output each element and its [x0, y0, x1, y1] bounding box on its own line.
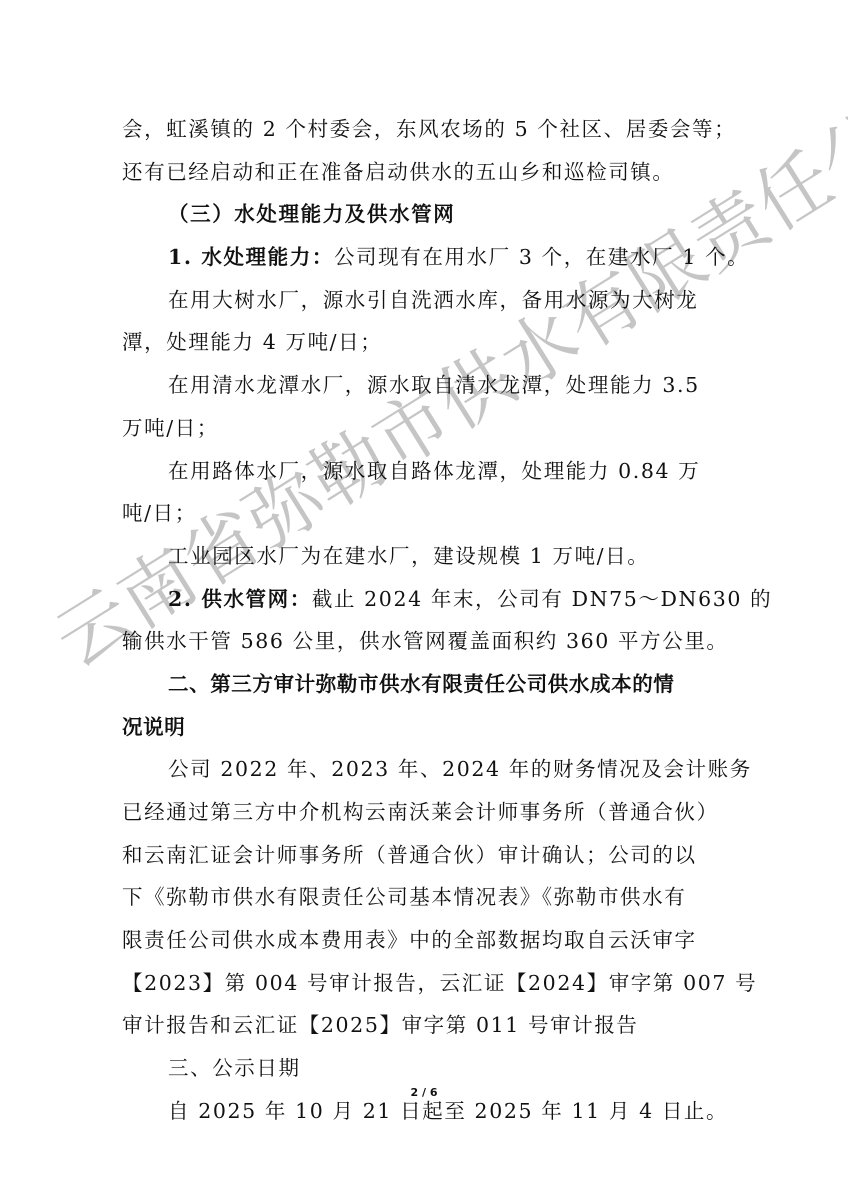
paragraph-line: 公司 2022 年、2023 年、2024 年的财务情况及会计账务: [122, 748, 728, 791]
paragraph-line: 下《弥勒市供水有限责任公司基本情况表》《弥勒市供水有: [122, 876, 728, 919]
paragraph-line: 限责任公司供水成本费用表》中的全部数据均取自云沃审字: [122, 919, 728, 962]
paragraph-line: 万吨/日；: [122, 407, 728, 450]
item-text: 截止 2024 年末，公司有 DN75～DN630 的: [312, 587, 772, 611]
paragraph-line: 吨/日；: [122, 492, 728, 535]
paragraph-line: 已经通过第三方中介机构云南沃莱会计师事务所（普通合伙）: [122, 791, 728, 834]
paragraph-line: 【2023】第 004 号审计报告，云汇证【2024】审字第 007 号: [122, 962, 728, 1005]
item-label: 1. 水处理能力：: [168, 245, 334, 269]
item-text: 公司现有在用水厂 3 个，在建水厂 1 个。: [334, 245, 749, 269]
paragraph-line: 会，虹溪镇的 2 个村委会，东风农场的 5 个社区、居委会等；: [122, 108, 728, 151]
paragraph-line: 在用大树水厂，源水引自洗洒水库，备用水源为大树龙: [122, 279, 728, 322]
item-water-treatment-capacity: 1. 水处理能力：公司现有在用水厂 3 个，在建水厂 1 个。: [122, 236, 728, 279]
paragraph-line: 工业园区水厂为在建水厂，建设规模 1 万吨/日。: [122, 535, 728, 578]
paragraph-line: 还有已经启动和正在准备启动供水的五山乡和巡检司镇。: [122, 151, 728, 194]
page-number: 2 / 6: [0, 1086, 848, 1099]
paragraph-line: 潭，处理能力 4 万吨/日；: [122, 321, 728, 364]
paragraph-line: 审计报告和云汇证【2025】审字第 011 号审计报告: [122, 1004, 728, 1047]
section-heading-audit: 二、第三方审计弥勒市供水有限责任公司供水成本的情: [122, 663, 728, 706]
section-heading-audit-cont: 况说明: [122, 706, 728, 749]
paragraph-line: 输供水干管 586 公里，供水管网覆盖面积约 360 平方公里。: [122, 620, 728, 663]
document-body: 会，虹溪镇的 2 个村委会，东风农场的 5 个社区、居委会等； 还有已经启动和正…: [122, 108, 728, 1133]
document-page: 云南省弥勒市供水有限责任公司 会，虹溪镇的 2 个村委会，东风农场的 5 个社区…: [0, 0, 848, 1200]
section-heading-publication-date: 三、公示日期: [122, 1047, 728, 1090]
paragraph-line: 在用清水龙潭水厂，源水取自清水龙潭，处理能力 3.5: [122, 364, 728, 407]
paragraph-line: 和云南汇证会计师事务所（普通合伙）审计确认；公司的以: [122, 834, 728, 877]
item-supply-network: 2. 供水管网：截止 2024 年末，公司有 DN75～DN630 的: [122, 578, 728, 621]
section-heading-water-treatment: （三）水处理能力及供水管网: [122, 193, 728, 236]
paragraph-line: 在用路体水厂，源水取自路体龙潭，处理能力 0.84 万: [122, 450, 728, 493]
item-label: 2. 供水管网：: [168, 587, 312, 611]
